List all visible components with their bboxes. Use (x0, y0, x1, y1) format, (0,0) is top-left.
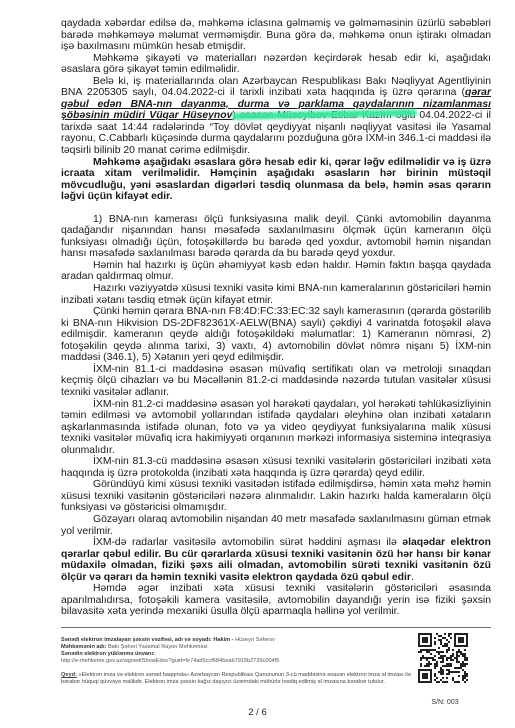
url-label: Sənədin elektron yüklənmə ünvanı: (61, 651, 421, 658)
paragraph: Çünki həmin qərara BNA-nın F8:4D:FC:33:E… (61, 306, 491, 364)
court-label: Məhkəmənin adı: (61, 644, 108, 650)
legal-note: Qeyd: «Elektron imza və elektron sənəd h… (61, 672, 421, 686)
court-value: Bakı Şəhəri Yasamal Rayon Məhkəməsi (108, 644, 208, 650)
text: İXM-də radarlar vasitəsilə avtomobilin s… (93, 537, 402, 548)
page-number: 2 / 6 (0, 707, 515, 718)
paragraph: Gözəyarı olaraq avtomobilin nişandan 40 … (61, 514, 491, 537)
paragraph: qaydada xəbərdar edilsə də, məhkəmə icla… (61, 18, 491, 53)
document-body: qaydada xəbərdar edilsə də, məhkəmə icla… (61, 18, 491, 618)
paragraph: İXM-nin 81.3-cü maddəsinə əsasən xüsusi … (61, 456, 491, 479)
paragraph: Hazırkı vəziyyətdə xüsusi texniki vasitə… (61, 283, 491, 306)
serial-number: S/N: 003 (420, 699, 470, 706)
signer-label: Sənədi elektron imzalayan şəxsin vəzifəs… (61, 637, 235, 643)
paragraph: İXM-də radarlar vasitəsilə avtomobilin s… (61, 537, 491, 583)
text: Belə ki, iş materiallarında olan Azərbay… (61, 76, 491, 99)
paragraph: İXM-nin 81.1-ci maddəsinə əsasən müvafiq… (61, 364, 491, 399)
footer-divider (61, 627, 491, 628)
paragraph: Göründüyü kimi xüsusi texniki vasitədən … (61, 479, 491, 514)
qr-code-icon (418, 633, 468, 683)
paragraph: 1) BNA-nın kamerası ölçü funksiyasına ma… (61, 214, 491, 260)
paragraph: İXM-nin 81.2-ci maddəsinə əsasən yol hər… (61, 399, 491, 457)
document-url-link[interactable]: http://e-mehkeme.gov.az/signed/ShowEdoc?… (61, 658, 421, 665)
paragraph: Həmin hal hazırkı iş üçün əhəmiyyət kəsb… (61, 260, 491, 283)
signer-line: Sənədi elektron imzalayan şəxsin vəzifəs… (61, 637, 421, 644)
signer-value: Hüseyn Səfərov (235, 637, 275, 643)
paragraph-court-conclusion: Məhkəmə aşağıdakı əsaslara görə hesab ed… (61, 157, 491, 203)
note-label: Qeyd: (61, 672, 77, 678)
text: . (411, 572, 414, 583)
paragraph: Həmdə əgər inzibati xəta xüsusi texniki … (61, 583, 491, 618)
paragraph: Məhkəmə şikayəti və materialları nəzərdə… (61, 53, 491, 76)
signature-footer: Sənədi elektron imzalayan şəxsin vəzifəs… (61, 637, 421, 686)
note-text: «Elektron imza və elektron sənəd haqqınd… (61, 672, 411, 685)
document-page: qaydada xəbərdar edilsə də, məhkəmə icla… (0, 0, 515, 728)
court-line: Məhkəmənin adı: Bakı Şəhəri Yasamal Rayo… (61, 644, 421, 651)
